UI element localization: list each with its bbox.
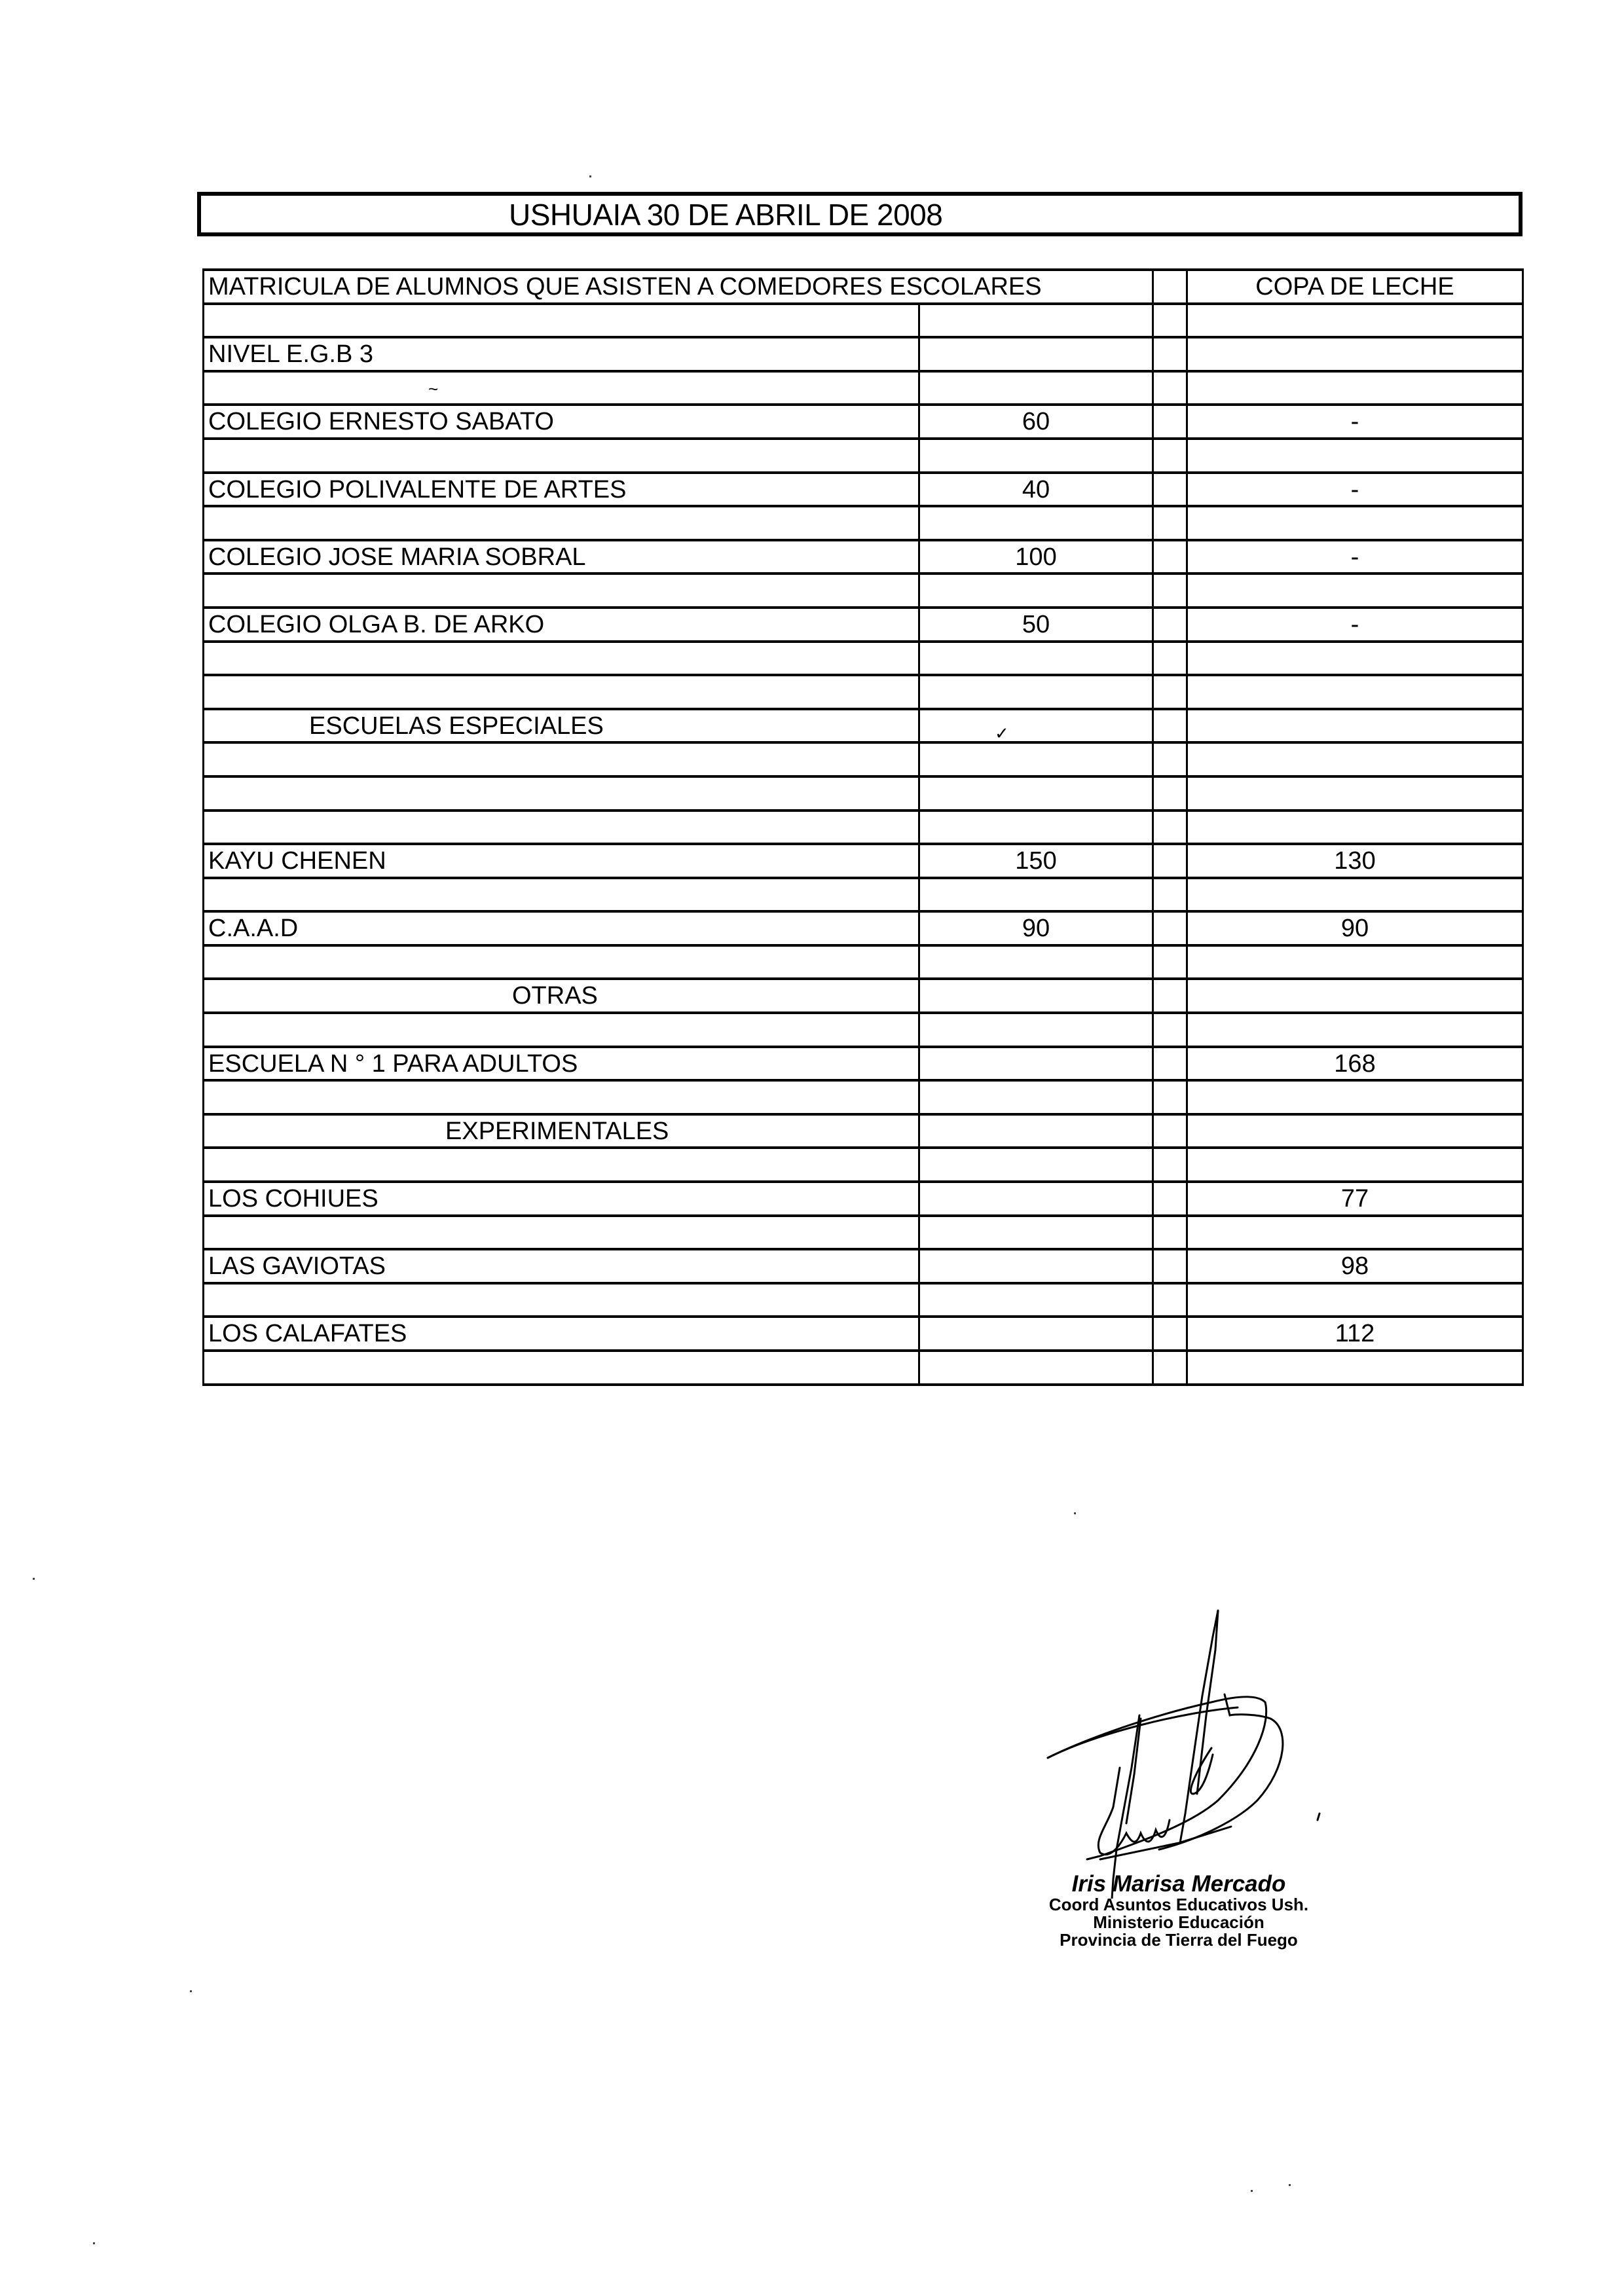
copa-de-leche-count: 112 — [1186, 1318, 1524, 1349]
school-name: COLEGIO OLGA B. DE ARKO — [202, 609, 918, 640]
header-gap — [1152, 271, 1186, 302]
copa-de-leche-count — [1186, 1352, 1524, 1383]
handwritten-signature — [1022, 1597, 1388, 1899]
section-label: EXPERIMENTALES — [202, 1116, 918, 1147]
spacer-column — [1152, 1149, 1186, 1180]
school-name — [202, 1014, 918, 1046]
copa-de-leche-count: - — [1186, 609, 1524, 640]
scan-speck — [1289, 2184, 1291, 2186]
spacer-column — [1152, 1014, 1186, 1046]
comedor-count — [918, 1048, 1152, 1080]
table-spacer-row — [202, 505, 1524, 539]
school-name: LOS CALAFATES — [202, 1318, 918, 1349]
spacer-column — [1152, 913, 1186, 944]
school-name — [202, 879, 918, 911]
table-spacer-row — [202, 1079, 1524, 1113]
school-name: KAYU CHENEN — [202, 845, 918, 877]
comedor-count — [918, 1149, 1152, 1180]
comedor-count — [918, 1217, 1152, 1248]
spacer-column — [1152, 1250, 1186, 1282]
table-spacer-row — [202, 809, 1524, 843]
spacer-column — [1152, 1082, 1186, 1113]
comedor-count — [918, 1352, 1152, 1383]
spacer-column — [1152, 305, 1186, 337]
table-row: LOS COHIUES77 — [202, 1180, 1524, 1214]
scan-speck — [190, 1990, 192, 1992]
table-row: NIVEL E.G.B 3 — [202, 336, 1524, 370]
table-row: C.A.A.D9090 — [202, 910, 1524, 944]
school-name — [202, 1217, 918, 1248]
copa-de-leche-count — [1186, 947, 1524, 978]
table-row: COLEGIO POLIVALENTE DE ARTES40- — [202, 471, 1524, 505]
scan-speck — [589, 175, 591, 177]
copa-de-leche-count: 77 — [1186, 1183, 1524, 1214]
comedor-count — [918, 1014, 1152, 1046]
spacer-column — [1152, 1352, 1186, 1383]
comedor-count — [918, 710, 1152, 742]
spacer-column — [1152, 643, 1186, 674]
school-name — [202, 643, 918, 674]
copa-de-leche-count — [1186, 1285, 1524, 1316]
spacer-column — [1152, 575, 1186, 606]
official-stamp: Iris Marisa Mercado Coord Asuntos Educat… — [1035, 1872, 1323, 1949]
school-name — [202, 1352, 918, 1383]
table-spacer-row — [202, 572, 1524, 606]
school-name — [202, 507, 918, 539]
scan-speck — [1074, 1512, 1076, 1514]
spacer-column — [1152, 676, 1186, 708]
table-row: KAYU CHENEN150130 — [202, 843, 1524, 877]
school-name — [202, 1149, 918, 1180]
stamp-position: Coord Asuntos Educativos Ush. — [1035, 1896, 1323, 1914]
spacer-column — [1152, 947, 1186, 978]
copa-de-leche-count — [1186, 1217, 1524, 1248]
copa-de-leche-count — [1186, 1014, 1524, 1046]
copa-de-leche-count: - — [1186, 406, 1524, 437]
stamp-ministry: Ministerio Educación — [1035, 1914, 1323, 1931]
comedor-count — [918, 1183, 1152, 1214]
comedor-count — [918, 1116, 1152, 1147]
spacer-column — [1152, 1183, 1186, 1214]
copa-de-leche-count — [1186, 575, 1524, 606]
table-spacer-row — [202, 775, 1524, 809]
table-spacer-row — [202, 1146, 1524, 1180]
school-name: LAS GAVIOTAS — [202, 1250, 918, 1282]
spacer-column — [1152, 1285, 1186, 1316]
school-name — [202, 676, 918, 708]
section-label: OTRAS — [202, 980, 918, 1011]
copa-de-leche-count: - — [1186, 474, 1524, 505]
table-section-row: ESCUELAS ESPECIALES✓ — [202, 708, 1524, 742]
comedor-count: 90 — [918, 913, 1152, 944]
table-spacer-row — [202, 437, 1524, 471]
copa-de-leche-count — [1186, 710, 1524, 742]
comedor-count: 60 — [918, 406, 1152, 437]
copa-de-leche-count — [1186, 305, 1524, 337]
comedor-count — [918, 1082, 1152, 1113]
comedor-count — [918, 373, 1152, 404]
school-name — [202, 1082, 918, 1113]
school-name — [202, 373, 918, 404]
table-spacer-row — [202, 877, 1524, 911]
spacer-column — [1152, 980, 1186, 1011]
spacer-column — [1152, 1116, 1186, 1147]
scan-speck — [93, 2242, 95, 2244]
school-name — [202, 440, 918, 471]
copa-de-leche-count — [1186, 643, 1524, 674]
school-name — [202, 305, 918, 337]
spacer-column — [1152, 845, 1186, 877]
header-main: MATRICULA DE ALUMNOS QUE ASISTEN A COMED… — [202, 271, 1152, 302]
comedor-count — [918, 778, 1152, 809]
comedor-count — [918, 812, 1152, 843]
copa-de-leche-count: 90 — [1186, 913, 1524, 944]
copa-de-leche-count — [1186, 879, 1524, 911]
table-header-row: MATRICULA DE ALUMNOS QUE ASISTEN A COMED… — [202, 268, 1524, 302]
table-spacer-row — [202, 1349, 1524, 1386]
table-spacer-row — [202, 1282, 1524, 1316]
stamp-province: Provincia de Tierra del Fuego — [1035, 1931, 1323, 1949]
comedor-count — [918, 507, 1152, 539]
spacer-column — [1152, 744, 1186, 775]
copa-de-leche-count — [1186, 812, 1524, 843]
scan-speck — [1251, 2190, 1253, 2192]
copa-de-leche-count — [1186, 676, 1524, 708]
copa-de-leche-count — [1186, 338, 1524, 370]
copa-de-leche-count: 168 — [1186, 1048, 1524, 1080]
comedor-count — [918, 305, 1152, 337]
spacer-column — [1152, 440, 1186, 471]
comedor-count: 50 — [918, 609, 1152, 640]
table-spacer-row — [202, 1011, 1524, 1046]
spacer-column — [1152, 778, 1186, 809]
table-row: LOS CALAFATES112 — [202, 1315, 1524, 1349]
spacer-column — [1152, 541, 1186, 573]
school-name — [202, 1285, 918, 1316]
comedor-count: 40 — [918, 474, 1152, 505]
comedor-count — [918, 744, 1152, 775]
school-name — [202, 744, 918, 775]
comedor-count — [918, 1250, 1152, 1282]
copa-de-leche-count — [1186, 507, 1524, 539]
handwritten-mark: ~ — [428, 380, 438, 397]
school-name: COLEGIO POLIVALENTE DE ARTES — [202, 474, 918, 505]
table-spacer-row — [202, 944, 1524, 978]
spacer-column — [1152, 1217, 1186, 1248]
comedor-count — [918, 676, 1152, 708]
school-name: C.A.A.D — [202, 913, 918, 944]
school-name — [202, 812, 918, 843]
copa-de-leche-count: 98 — [1186, 1250, 1524, 1282]
spacer-column — [1152, 812, 1186, 843]
table-row: ESCUELA N ° 1 PARA ADULTOS168 — [202, 1046, 1524, 1080]
spacer-column — [1152, 338, 1186, 370]
spacer-column — [1152, 406, 1186, 437]
copa-de-leche-count — [1186, 1082, 1524, 1113]
scan-speck — [33, 1578, 35, 1580]
comedor-count — [918, 440, 1152, 471]
handwritten-mark: ✓ — [995, 725, 1009, 742]
comedor-count — [918, 1285, 1152, 1316]
table-section-row: EXPERIMENTALES — [202, 1113, 1524, 1147]
enrollment-table: MATRICULA DE ALUMNOS QUE ASISTEN A COMED… — [202, 268, 1524, 1386]
spacer-column — [1152, 373, 1186, 404]
comedor-count — [918, 1318, 1152, 1349]
spacer-column — [1152, 879, 1186, 911]
comedor-count — [918, 980, 1152, 1011]
copa-de-leche-count — [1186, 980, 1524, 1011]
table-spacer-row — [202, 640, 1524, 674]
copa-de-leche-count — [1186, 1149, 1524, 1180]
copa-de-leche-count — [1186, 373, 1524, 404]
table-spacer-row — [202, 1214, 1524, 1248]
school-name — [202, 575, 918, 606]
spacer-column — [1152, 474, 1186, 505]
spacer-column — [1152, 609, 1186, 640]
comedor-count — [918, 643, 1152, 674]
comedor-count: 150 — [918, 845, 1152, 877]
document-title: USHUAIA 30 DE ABRIL DE 2008 — [509, 198, 942, 231]
school-name: LOS COHIUES — [202, 1183, 918, 1214]
school-name: ESCUELA N ° 1 PARA ADULTOS — [202, 1048, 918, 1080]
school-name — [202, 947, 918, 978]
spacer-column — [1152, 1318, 1186, 1349]
header-copa: COPA DE LECHE — [1186, 271, 1524, 302]
table-spacer-row — [202, 741, 1524, 775]
section-label: ESCUELAS ESPECIALES — [202, 710, 918, 742]
copa-de-leche-count: 130 — [1186, 845, 1524, 877]
copa-de-leche-count: - — [1186, 541, 1524, 573]
copa-de-leche-count — [1186, 778, 1524, 809]
spacer-column — [1152, 1048, 1186, 1080]
comedor-count: 100 — [918, 541, 1152, 573]
school-name: NIVEL E.G.B 3 — [202, 338, 918, 370]
spacer-column — [1152, 710, 1186, 742]
table-spacer-row — [202, 302, 1524, 337]
copa-de-leche-count — [1186, 1116, 1524, 1147]
table-spacer-row — [202, 674, 1524, 708]
spacer-column — [1152, 507, 1186, 539]
document-title-box: USHUAIA 30 DE ABRIL DE 2008 — [197, 192, 1522, 236]
table-row: LAS GAVIOTAS98 — [202, 1248, 1524, 1282]
comedor-count — [918, 879, 1152, 911]
table-row: COLEGIO JOSE MARIA SOBRAL100- — [202, 539, 1524, 573]
table-spacer-row: ~ — [202, 370, 1524, 404]
stamp-name: Iris Marisa Mercado — [1035, 1872, 1323, 1896]
comedor-count — [918, 575, 1152, 606]
comedor-count — [918, 338, 1152, 370]
school-name: COLEGIO JOSE MARIA SOBRAL — [202, 541, 918, 573]
comedor-count — [918, 947, 1152, 978]
school-name — [202, 778, 918, 809]
table-row: COLEGIO OLGA B. DE ARKO50- — [202, 606, 1524, 640]
copa-de-leche-count — [1186, 744, 1524, 775]
copa-de-leche-count — [1186, 440, 1524, 471]
table-row: COLEGIO ERNESTO SABATO60- — [202, 403, 1524, 437]
school-name: COLEGIO ERNESTO SABATO — [202, 406, 918, 437]
table-section-row: OTRAS — [202, 977, 1524, 1011]
